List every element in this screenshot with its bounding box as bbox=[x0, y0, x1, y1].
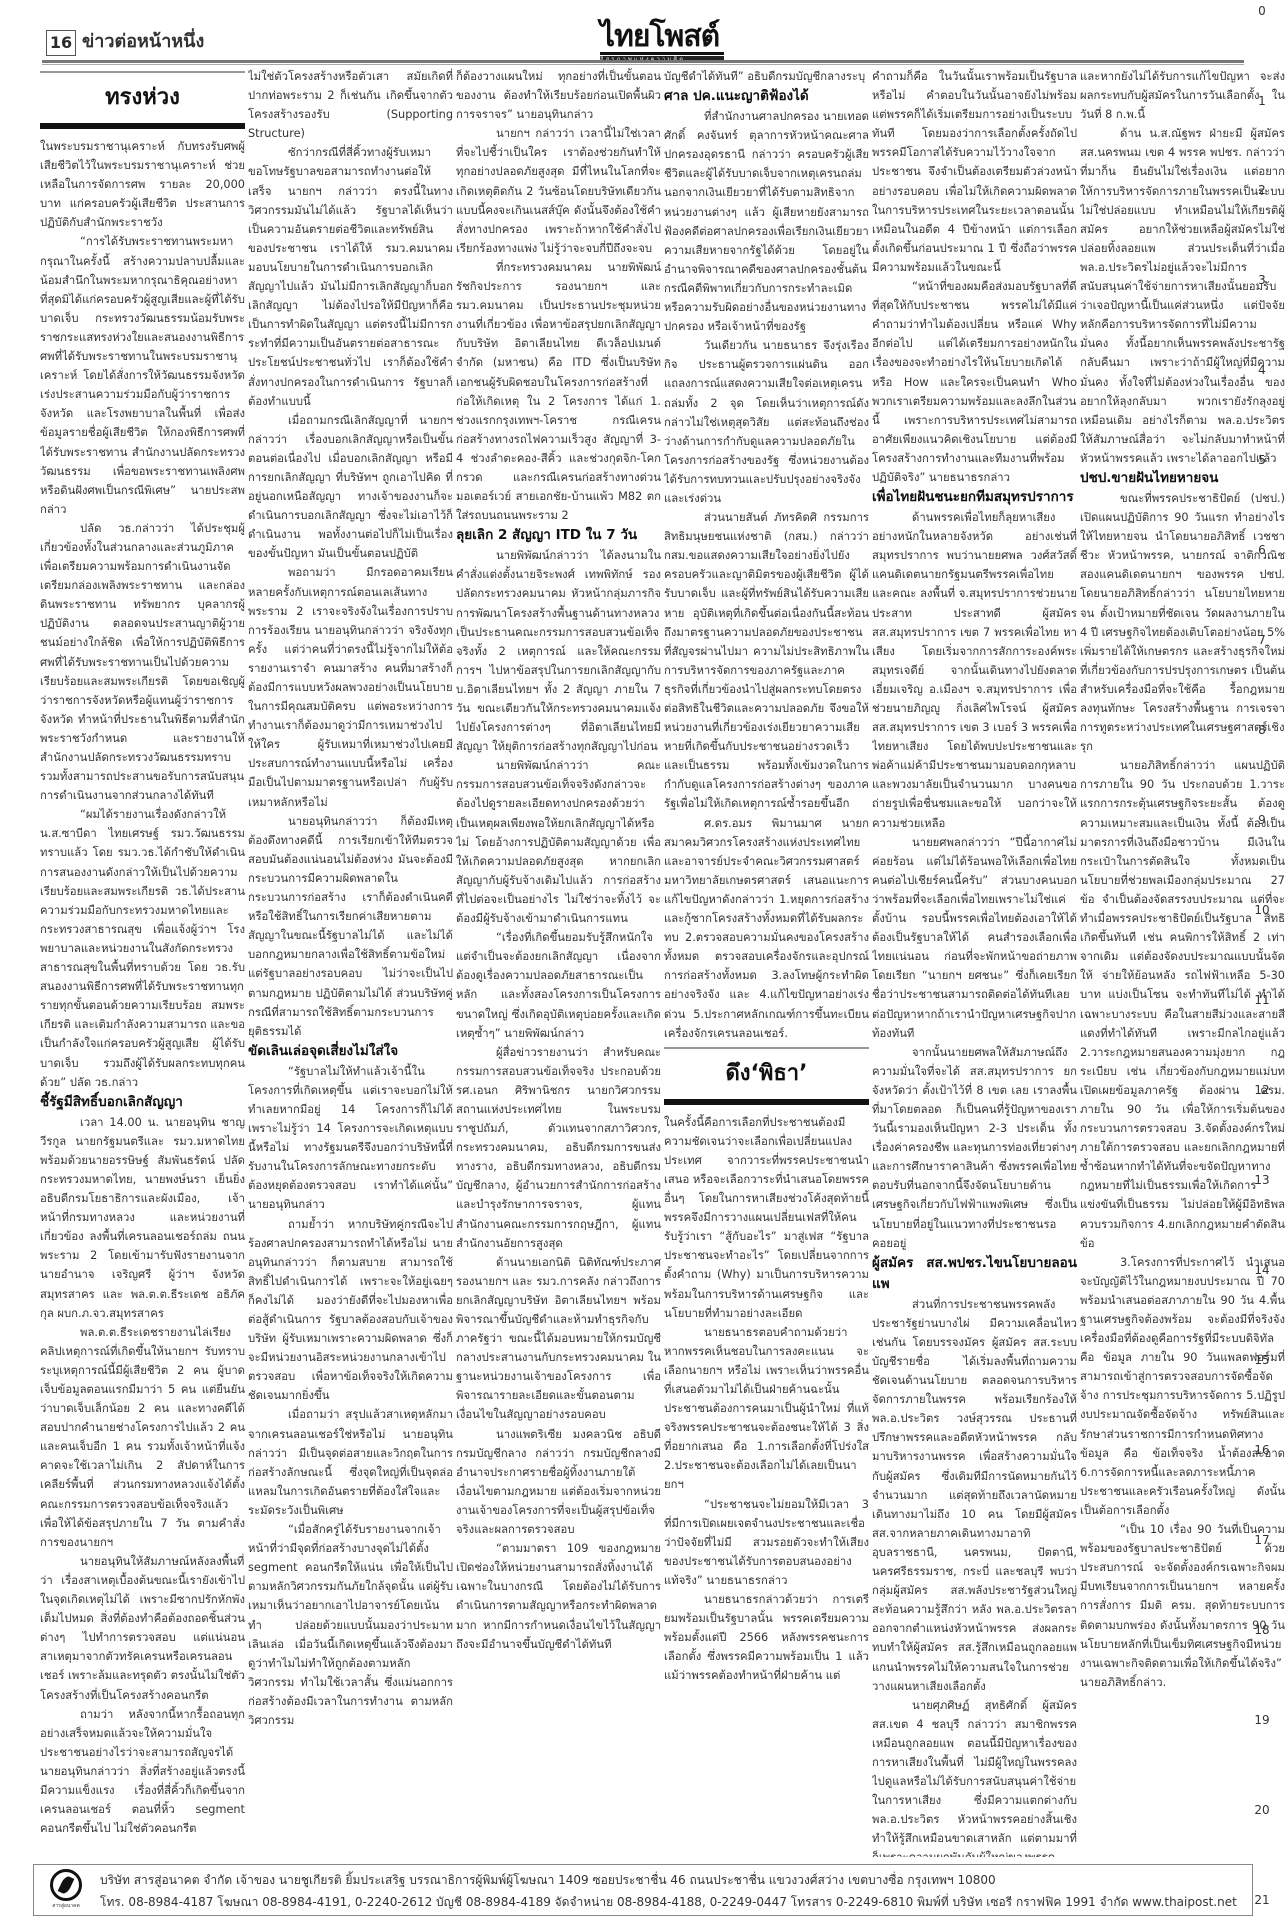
kicker-rule-top bbox=[664, 1047, 869, 1049]
paragraph: ผู้สื่อข่าวรายงานว่า สำหรับคณะกรรมการสอบ… bbox=[456, 1043, 661, 1253]
paragraph: วันเดียวกัน นายธนาธร จึงรุ่งเรืองกิจ ประ… bbox=[664, 336, 869, 508]
subheading: เพื่อไทยฝันชนะยกทีมสมุทรปราการ bbox=[872, 487, 1077, 508]
paragraph: “การได้รับพระราชทานพระมหากรุณาในครั้งนี้… bbox=[40, 232, 245, 518]
imprint-contacts: โทร. 08-8984-4187 โฆษณา 08-8984-4191, 0-… bbox=[100, 1893, 1237, 1912]
paragraph: และหากยังไม่ได้รับการแก้ไขปัญหา จะส่งผลก… bbox=[1080, 67, 1285, 124]
paragraph: ในพระบรมราชานุเคราะห์ กับทรงรับศพผู้เสีย… bbox=[40, 137, 245, 232]
paragraph: เมื่อถามกรณีเลิกสัญญาที่ นายกฯ กล่าวว่า … bbox=[248, 411, 453, 564]
paragraph: ด้านพรรคเพื่อไทยก็ลุยหาเสียงอย่างหนักในห… bbox=[872, 508, 1077, 833]
subheading: ศาล ปค.แนะญาติฟ้องได้ bbox=[664, 86, 869, 107]
paragraph: ถามว่า หลังจากนี้หากรื้อถอนทุกอย่างเสร็จ… bbox=[40, 1705, 245, 1839]
publisher-logo-caption: สารสู่อนาคต bbox=[46, 1902, 86, 1910]
column-3: ก็ต้องวางแผนใหม่ ทุกอย่างที่เป็นขั้นตอนข… bbox=[456, 67, 661, 1857]
paragraph: ขณะที่พรรคประชาธิปัตย์ (ปชป.) เปิดแผนปฏิ… bbox=[1080, 489, 1285, 756]
paragraph: “หน้าที่ของผมคือส่งมอบรัฐบาลที่ดีที่สุดใ… bbox=[872, 277, 1077, 487]
subheading: ขัดเลินเล่อจุดเสี่ยงไม่ใส่ใจ bbox=[248, 1041, 453, 1062]
paragraph: ศ.ดร.อมร พิมานมาศ นายกสมาคมวิศวกรโครงสร้… bbox=[664, 814, 869, 1043]
paragraph: ด้านนายเอกนิติ นิติทัณฑ์ประภาศ รองนายกฯ … bbox=[456, 1253, 661, 1425]
paragraph: ที่สำนักงานศาลปกครอง นายเทอดศักดิ์ คงจัน… bbox=[664, 107, 869, 336]
column-2: ไม่ใช่ตัวโครงสร้างหรือตัวเสา สมัยเกิดที่… bbox=[248, 67, 453, 1857]
page-number: 16 bbox=[46, 30, 76, 56]
newspaper-page: 16 ข่าวต่อหน้าหนึ่ง ไทยโพสต์ อิสรภาพแห่ง… bbox=[0, 0, 1286, 1920]
column-1: ทรงห่วง ในพระบรมราชานุเคราะห์ กับทรงรับศ… bbox=[40, 67, 245, 1857]
subheading: ลุยเลิก 2 สัญญา ITD ใน 7 วัน bbox=[456, 525, 661, 546]
masthead-logo: ไทยโพสต์ อิสรภาพแห่งความคิด bbox=[600, 22, 724, 64]
header-rule-thin bbox=[42, 64, 1244, 65]
paragraph: นายอนุทินให้สัมภาษณ์หลังลงพื้นที่ว่า เรื… bbox=[40, 1552, 245, 1705]
paragraph: บัญชีดำได้ทันที” อธิบดีกรมบัญชีกลางระบุ bbox=[664, 67, 869, 86]
publisher-logo: สารสู่อนาคต bbox=[46, 1869, 86, 1913]
paragraph: นายพิพัฒน์กล่าวว่า ได้ลงนามในคำสั่งแต่งต… bbox=[456, 546, 661, 756]
column-6: และหากยังไม่ได้รับการแก้ไขปัญหา จะส่งผลก… bbox=[1080, 67, 1285, 1857]
paragraph: เมื่อถามว่า สรุปแล้วสาเหตุหลักมาจากเครนล… bbox=[248, 1405, 453, 1520]
line-marker: 21 bbox=[1254, 1893, 1270, 1907]
paragraph: นายศุภศิษฏ์ สุทธิศักดิ์ ผู้สมัคร สส.เขต … bbox=[872, 1696, 1077, 1857]
column-5: คำถามก็คือ ในวันนั้นเราพร้อมเป็นรัฐบาลหร… bbox=[872, 67, 1077, 1857]
paragraph: นางแพตริเซีย มงคลวนิช อธิบดีกรมบัญชีกลาง… bbox=[456, 1425, 661, 1540]
column-4: บัญชีดำได้ทันที” อธิบดีกรมบัญชีกลางระบุ … bbox=[664, 67, 869, 1857]
paragraph: ปลัด วธ.กล่าวว่า ได้ประชุมผู้เกี่ยวข้องท… bbox=[40, 519, 245, 805]
paragraph: พอถามว่า มีกรอดอาคมเรียนหลายครั้งกับเหตุ… bbox=[248, 563, 453, 811]
paragraph: “ตามมาตรา 109 ของกฎหมายเปิดช่องให้หน่วยง… bbox=[456, 1539, 661, 1654]
kicker-rule-top bbox=[40, 71, 245, 73]
paragraph: “รัฐบาลไม่ให้ทำแล้วเจ้านี้ในโครงการที่เก… bbox=[248, 1062, 453, 1215]
paragraph: “เป็น 10 เรื่อง 90 วันที่เป็นความพร้อมขอ… bbox=[1080, 1520, 1285, 1692]
paragraph: “เรื่องที่เกิดขึ้นยอมรับรู้สึกหนักใจแต่จ… bbox=[456, 928, 661, 1043]
paragraph: จากนั้นนายยศพลให้สัมภาษณ์ถึงความมั่นใจที… bbox=[872, 1043, 1077, 1253]
paragraph: ส่วนที่การประชาชนพรรคพลังประชารัฐย่านบาง… bbox=[872, 1295, 1077, 1696]
paragraph: 3.โครงการที่ประกาศไว้ นำเสนอจะบัญญัติไว้… bbox=[1080, 1253, 1285, 1520]
paragraph: “ประชาชนจะไม่ยอมให้มีเวลา 3 ที่มีการเปิด… bbox=[664, 1495, 869, 1590]
paragraph: พล.ต.ต.ธีระเดชรายงานไล่เรียงคลิปเหตุการณ… bbox=[40, 1323, 245, 1552]
paragraph: ที่กระทรวงคมนาคม นายพิพัฒน์ รัชกิจประการ… bbox=[456, 258, 661, 525]
kicker-title: ดึง‘พิธา’ bbox=[664, 1059, 869, 1089]
kicker-box: ทรงห่วง bbox=[40, 71, 245, 129]
subheading: ชี้รัฐมีสิทธิ์บอกเลิกสัญญา bbox=[40, 1092, 245, 1113]
paragraph: “เมื่อสักครู่ได้รับรายงานจากเจ้าหน้าที่ว… bbox=[248, 1520, 453, 1730]
imprint-footer: สารสู่อนาคต บริษัท สารสู่อนาคต จำกัด เจ้… bbox=[33, 1864, 1253, 1916]
imprint-address: บริษัท สารสู่อนาคต จำกัด เจ้าของ นายชูเก… bbox=[100, 1871, 996, 1890]
section-title: ข่าวต่อหน้าหนึ่ง bbox=[82, 30, 204, 54]
publisher-logo-icon bbox=[50, 1869, 82, 1901]
kicker-box: ดึง‘พิธา’ bbox=[664, 1047, 869, 1105]
paragraph: นายธนาธรกล่าวด้วยว่า การเตรียมพร้อมเป็นร… bbox=[664, 1590, 869, 1685]
paragraph: “ผมได้รายงานเรื่องดังกล่าวให้ น.ส.ซาบีดา… bbox=[40, 805, 245, 1091]
paragraph: ถามย้ำว่า หากบริษัทคู่กรณีจะไปร้องศาลปกค… bbox=[248, 1215, 453, 1406]
header-rule bbox=[42, 60, 1244, 63]
kicker-rule-bottom bbox=[40, 123, 245, 129]
paragraph: ด้าน น.ส.ณัฐพร ฝ่ายะมี ผู้สมัคร สส.นครพน… bbox=[1080, 124, 1285, 468]
paragraph: นายกฯ กล่าวว่า เวลานี้ไม่ใช่เวลาที่จะไปช… bbox=[456, 124, 661, 258]
paragraph: ไม่ใช่ตัวโครงสร้างหรือตัวเสา สมัยเกิดที่… bbox=[248, 67, 453, 143]
kicker-rule-bottom bbox=[664, 1099, 869, 1105]
logo-text: ไทยโพสต์ bbox=[600, 22, 724, 55]
paragraph: นายพิพัฒน์กล่าวว่า คณะกรรมการสอบสวนข้อเท… bbox=[456, 756, 661, 928]
paragraph: นายอภิสิทธิ์กล่าวว่า แผนปฏิบัติการภายใน … bbox=[1080, 756, 1285, 1252]
paragraph: นายธนาธรตอบคำถามด้วยว่า หากพรรคเห็นชอบใน… bbox=[664, 1323, 869, 1495]
paragraph: เวลา 14.00 น. นายอนุทิน ชาญวีรกูล นายกรั… bbox=[40, 1113, 245, 1323]
paragraph: คำถามก็คือ ในวันนั้นเราพร้อมเป็นรัฐบาลหร… bbox=[872, 67, 1077, 277]
subheading: ปชป.ขายฝันไทยหายจน bbox=[1080, 468, 1285, 489]
paragraph: นายยศพลกล่าวว่า “ปีนี้อากาศไม่ค่อยร้อน แ… bbox=[872, 833, 1077, 1043]
paragraph: ซักว่ากรณีที่สี่คิ้วทางผู้รับเหมาขอโทษรั… bbox=[248, 143, 453, 410]
page-header: 16 ข่าวต่อหน้าหนึ่ง ไทยโพสต์ อิสรภาพแห่ง… bbox=[32, 22, 1244, 56]
subheading: ผู้สมัคร สส.พปชร.ไขนโยบายลอนแพ bbox=[872, 1253, 1077, 1295]
paragraph: ในครั้งนี้คือการเลือกที่ประชาชนต้องมีควา… bbox=[664, 1113, 869, 1323]
line-marker: 0 bbox=[1254, 4, 1270, 18]
paragraph: ส่วนนายสันต์ ภัทรคิดศิ กรรมการสิทธิมนุษย… bbox=[664, 508, 869, 814]
paragraph: นายอนุทินกล่าวว่า ก็ต้องมีเหตุต้องดึงทาง… bbox=[248, 812, 453, 1041]
paragraph: ก็ต้องวางแผนใหม่ ทุกอย่างที่เป็นขั้นตอนข… bbox=[456, 67, 661, 124]
kicker-title: ทรงห่วง bbox=[40, 83, 245, 113]
